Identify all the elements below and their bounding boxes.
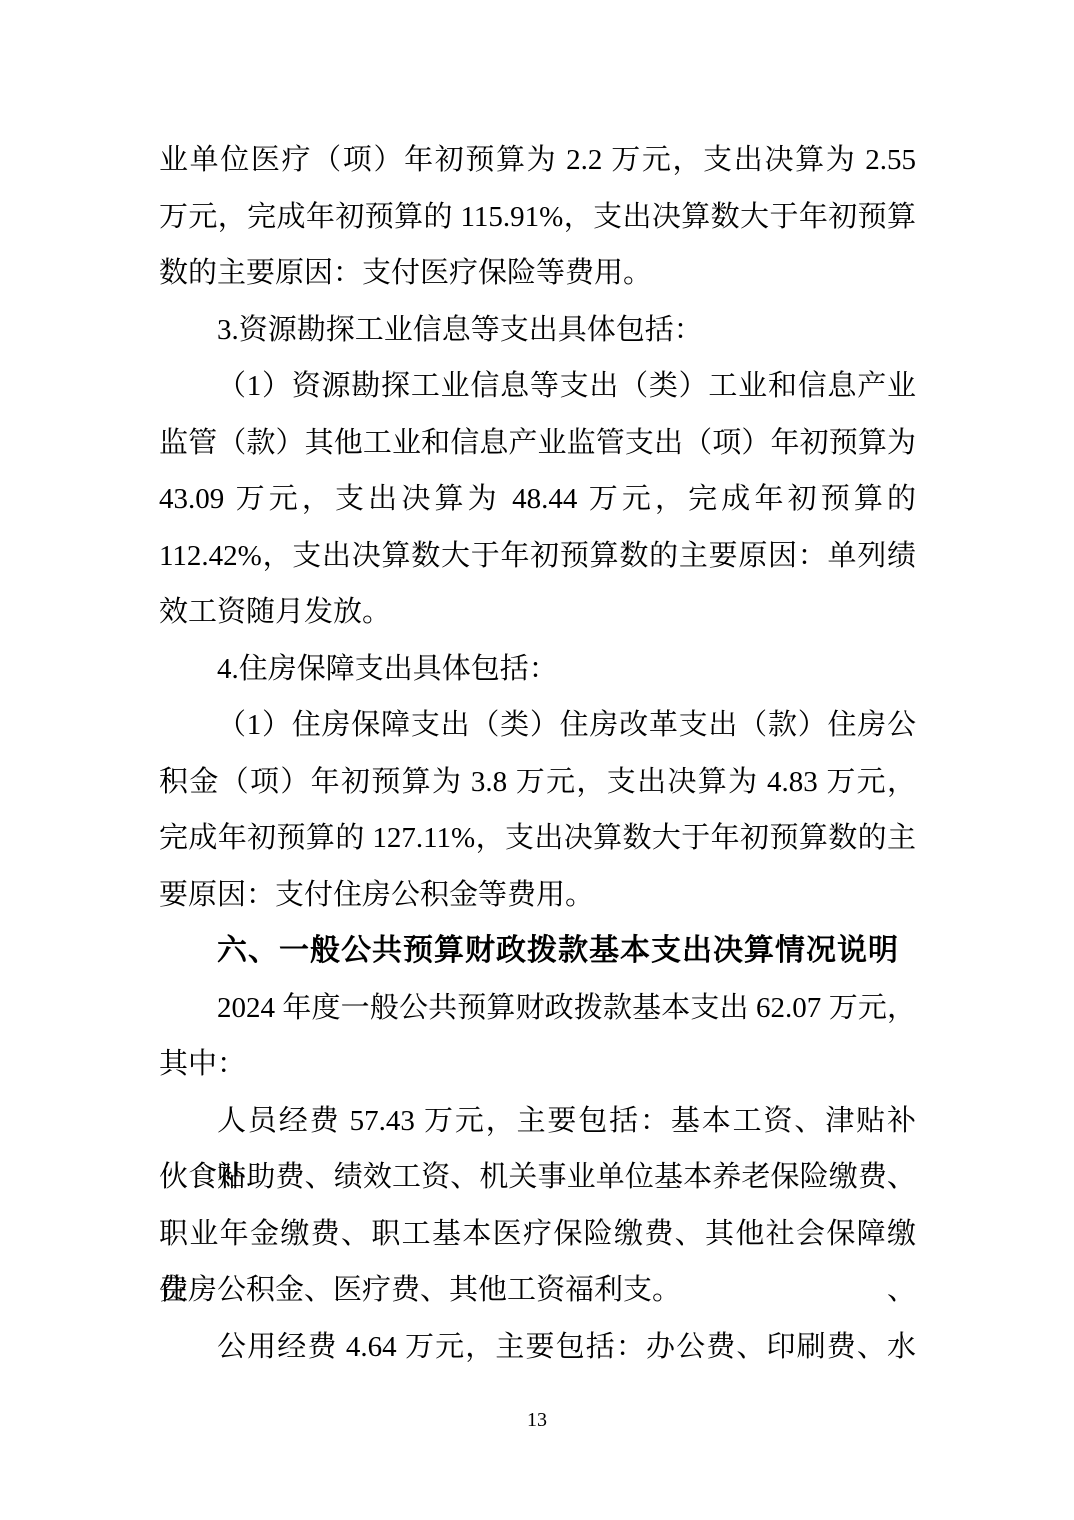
body-line: 伙食补助费、绩效工资、机关事业单位基本养老保险缴费、: [159, 1149, 916, 1206]
body-line: 43.09 万元，支出决算为 48.44 万元，完成年初预算的: [159, 471, 916, 528]
list-item-3: 3.资源勘探工业信息等支出具体包括：: [159, 302, 916, 359]
document-page: 业单位医疗（项）年初预算为 2.2 万元，支出决算为 2.55 万元，完成年初预…: [0, 0, 1074, 1520]
body-line: （1）资源勘探工业信息等支出（类）工业和信息产业: [159, 358, 916, 415]
body-line: 数的主要原因：支付医疗保险等费用。: [159, 245, 916, 302]
body-line: 监管（款）其他工业和信息产业监管支出（项）年初预算为: [159, 415, 916, 472]
body-line: 完成年初预算的 127.11%，支出决算数大于年初预算数的主: [159, 810, 916, 867]
body-line: 万元，完成年初预算的 115.91%，支出决算数大于年初预算: [159, 189, 916, 246]
section-heading: 六、一般公共预算财政拨款基本支出决算情况说明: [159, 923, 916, 980]
body-line: 人员经费 57.43 万元，主要包括：基本工资、津贴补贴、: [159, 1093, 916, 1150]
body-line: 积金（项）年初预算为 3.8 万元，支出决算为 4.83 万元，: [159, 754, 916, 811]
body-line: 业单位医疗（项）年初预算为 2.2 万元，支出决算为 2.55: [159, 132, 916, 189]
page-number: 13: [0, 1406, 1074, 1434]
page-body-text: 业单位医疗（项）年初预算为 2.2 万元，支出决算为 2.55 万元，完成年初预…: [159, 132, 916, 1375]
body-line: 要原因：支付住房公积金等费用。: [159, 867, 916, 924]
body-line: 公用经费 4.64 万元，主要包括：办公费、印刷费、水: [159, 1319, 916, 1376]
body-line: 效工资随月发放。: [159, 584, 916, 641]
body-line: 其中：: [159, 1036, 916, 1093]
body-line: （1）住房保障支出（类）住房改革支出（款）住房公: [159, 697, 916, 754]
list-item-4: 4.住房保障支出具体包括：: [159, 641, 916, 698]
body-line: 112.42%，支出决算数大于年初预算数的主要原因：单列绩: [159, 528, 916, 585]
body-line: 职业年金缴费、职工基本医疗保险缴费、其他社会保障缴费、: [159, 1206, 916, 1263]
body-line: 2024 年度一般公共预算财政拨款基本支出 62.07 万元，: [159, 980, 916, 1037]
